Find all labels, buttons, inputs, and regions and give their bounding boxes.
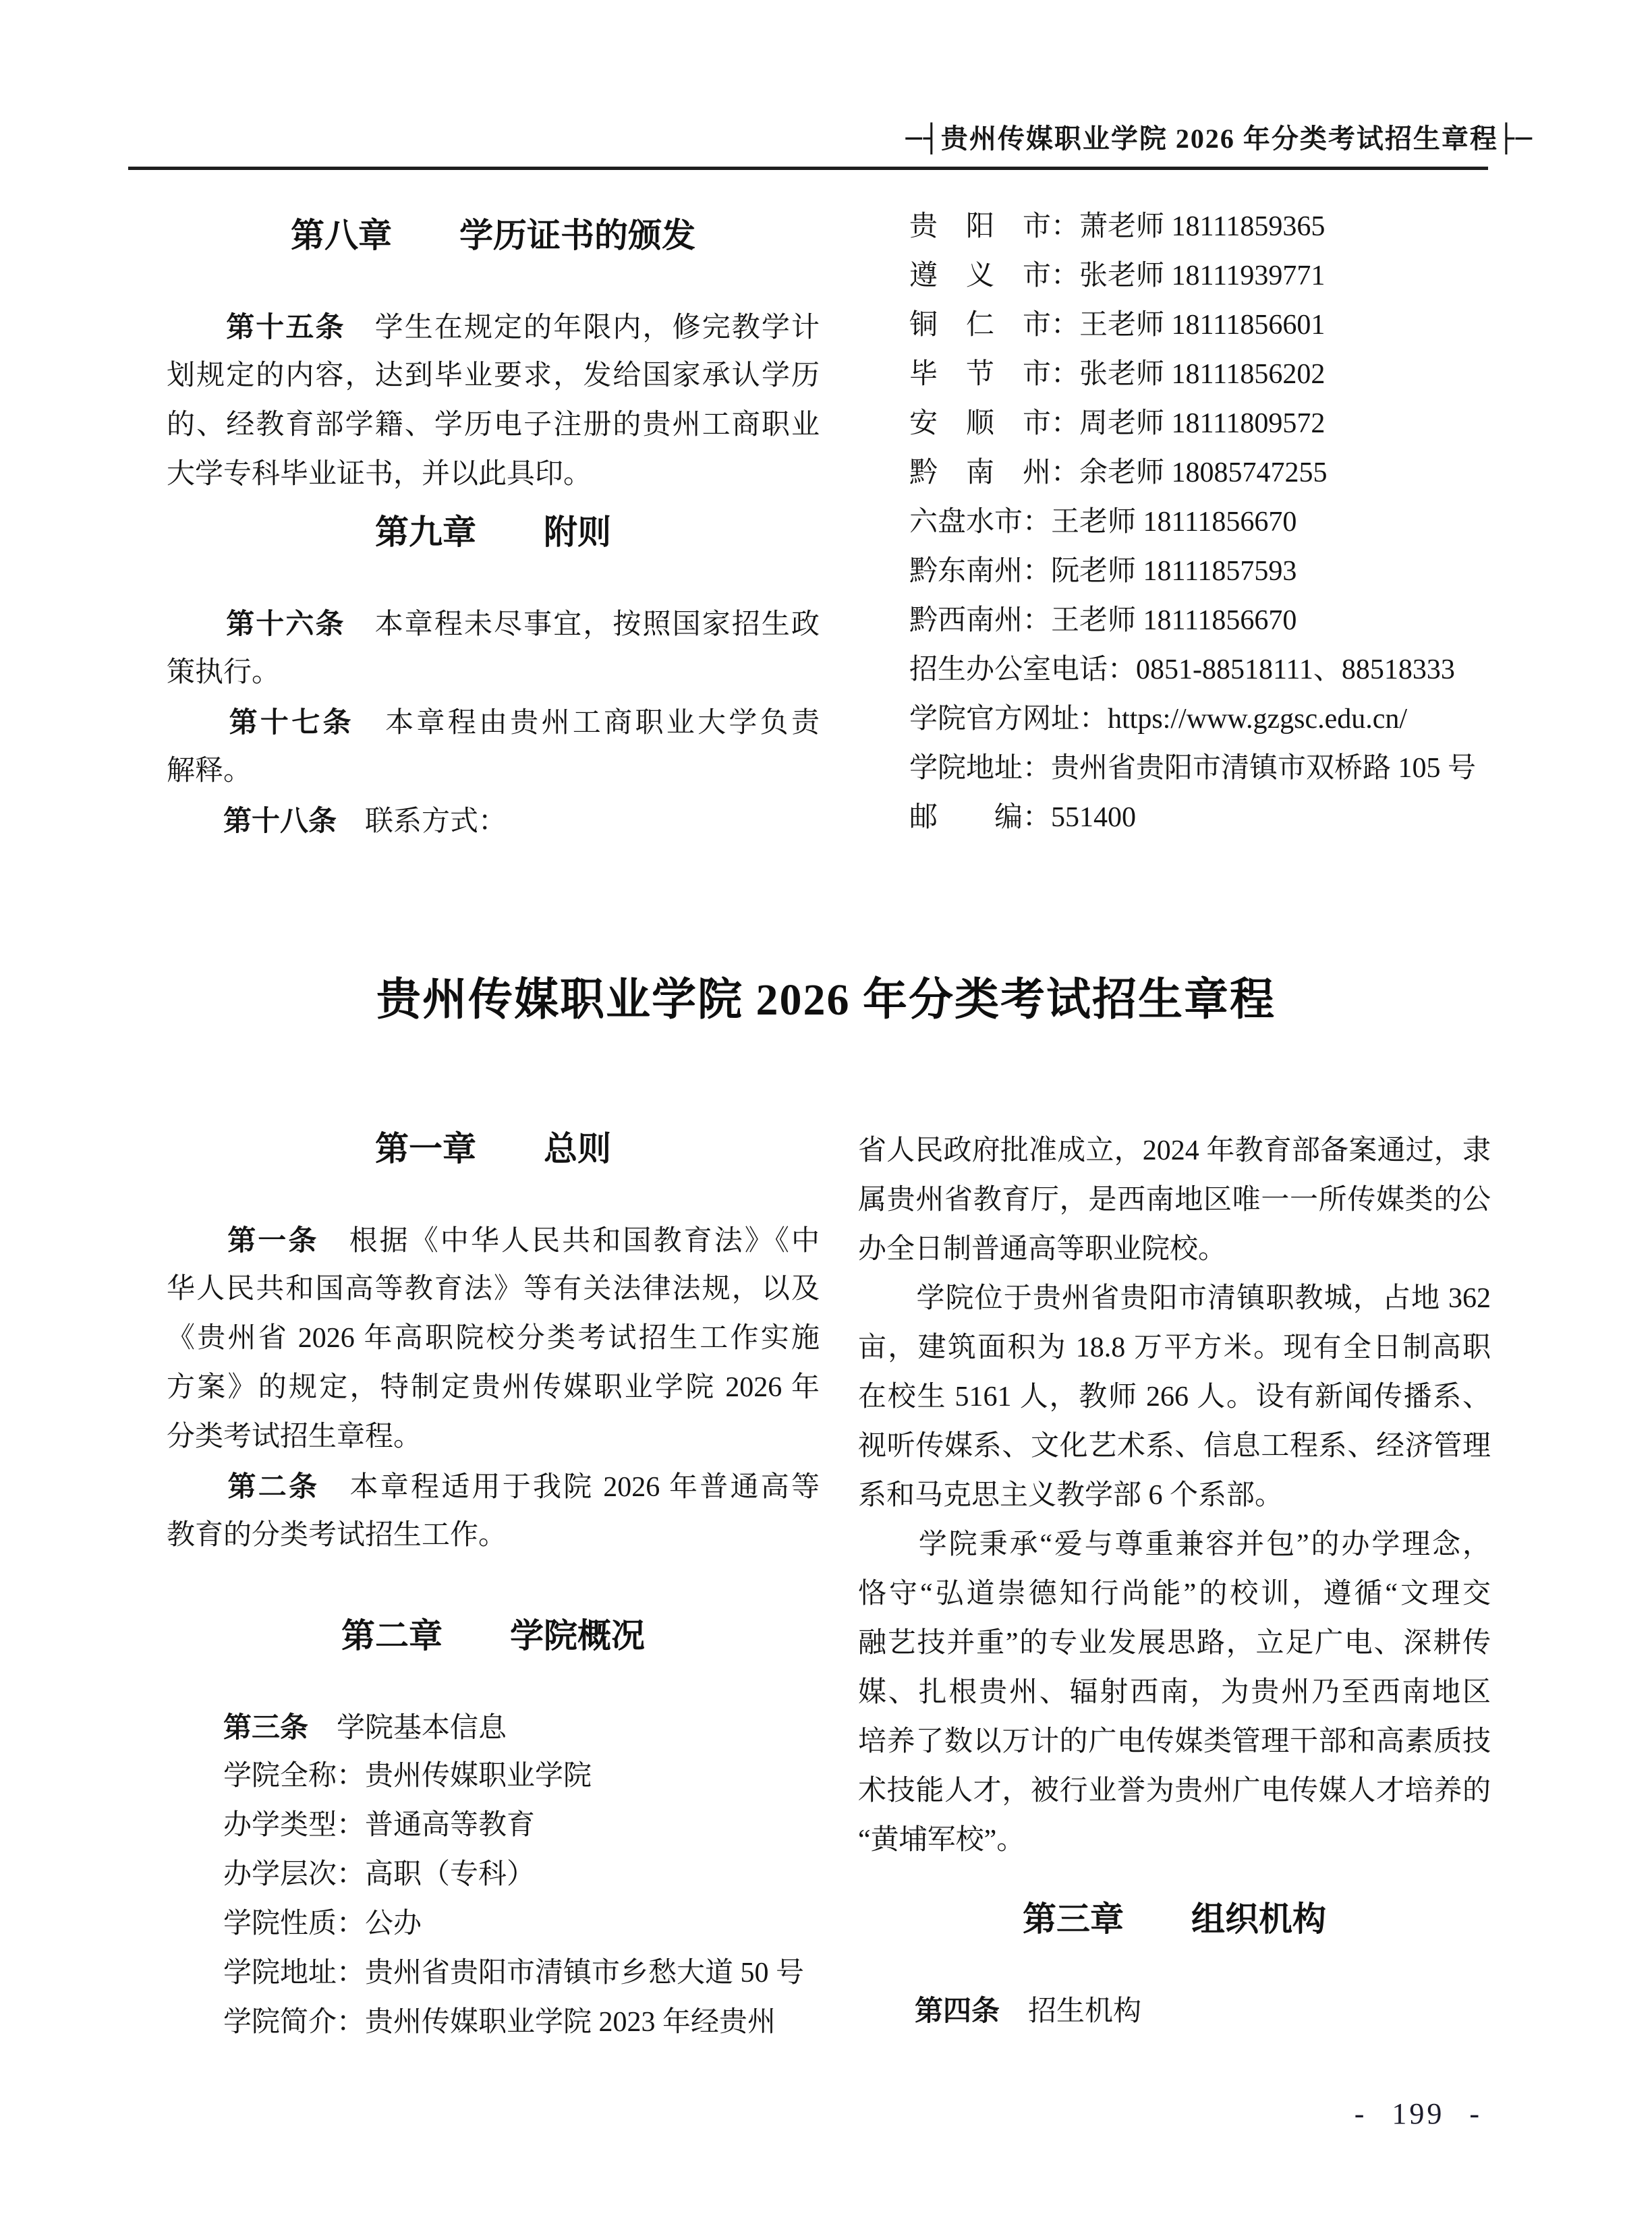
page-header: ─┤贵州传媒职业学院 2026 年分类考试招生章程├─ (906, 117, 1533, 156)
text-line: 学院简介：贵州传媒职业学院 2023 年经贵州 (167, 1998, 820, 2047)
article-label: 第十七条 (167, 706, 354, 738)
column-bottom-right: 省人民政府批准成立，2024 年教育部备案通过，隶属贵州省教育厅，是西南地区唯一… (858, 1126, 1491, 2035)
text-line: 第十六条 本章程未尽事宜，按照国家招生政 (167, 599, 820, 648)
line-list: 学院全称：贵州传媒职业学院 办学类型：普通高等教育 办学层次：高职（专科） 学院… (167, 1752, 820, 2047)
column-bottom-left: 第一章 总则 第一条 根据《中华人民共和国教育法》《中华人民共和国高等教育法》等… (167, 1120, 820, 2047)
header-decor-left-icon: ─┤ (906, 123, 941, 154)
text-line: 遵 义 市：张老师 18111939771 (909, 252, 1491, 301)
paragraph: 第四条 招生机构 (858, 1986, 1491, 2035)
text-line: 黔 南 州：余老师 18085747255 (909, 449, 1491, 498)
text-line: 毕 节 市：张老师 18111856202 (909, 350, 1491, 399)
text-line: 办学类型：普通高等教育 (167, 1801, 820, 1850)
chapter-heading: 第九章 附则 (167, 509, 820, 556)
text-line: 学院位于贵州省贵阳市清镇职教城，占地 362 (858, 1274, 1491, 1323)
text-line: 贵 阳 市：萧老师 18111859365 (909, 202, 1491, 252)
text-line: 办学层次：高职（专科） (167, 1850, 820, 1900)
text-line: 学院全称：贵州传媒职业学院 (167, 1752, 820, 1801)
paragraph: 学院秉承“爱与尊重兼容并包”的办学理念，恪守“弘道崇德知行尚能”的校训，遵循“文… (858, 1520, 1491, 1865)
chapter-heading: 第一章 总则 (167, 1125, 820, 1172)
text-line: 铜 仁 市：王老师 18111856601 (909, 301, 1491, 350)
text-line: 恪守“弘道崇德知行尚能”的校训，遵循“文理交 (858, 1570, 1491, 1619)
text-line: 第三条 学院基本信息 (167, 1703, 820, 1752)
column-top-left: 第八章 学历证书的颁发 第十五条 学生在规定的年限内，修完教学计划规定的内容，达… (167, 202, 820, 845)
text-line: 黔西南州：王老师 18111856670 (909, 596, 1491, 646)
paragraph: 第十六条 本章程未尽事宜，按照国家招生政策执行。 (167, 599, 820, 697)
text-line: 华人民共和国高等教育法》等有关法律法规，以及 (167, 1265, 820, 1314)
text-line: 视听传媒系、文化艺术系、信息工程系、经济管理 (858, 1422, 1491, 1471)
text-line: 大学专科毕业证书，并以此具印。 (167, 450, 820, 499)
text-line: 第四条 招生机构 (858, 1986, 1491, 2035)
article-label: 第十五条 (167, 311, 345, 343)
text-line: 六盘水市：王老师 18111856670 (909, 498, 1491, 547)
text-line: 学院地址：贵州省贵阳市清镇市乡愁大道 50 号 (167, 1949, 820, 1998)
page-number: - 199 - (1355, 2096, 1482, 2131)
header-rule (128, 167, 1488, 170)
text-line: 教育的分类考试招生工作。 (167, 1511, 820, 1560)
text-line: 在校生 5161 人，教师 266 人。设有新闻传播系、 (858, 1373, 1491, 1422)
text-line: 第十五条 学生在规定的年限内，修完教学计 (167, 302, 820, 351)
article-label: 第四条 (858, 1995, 1000, 2026)
text-line: 分类考试招生章程。 (167, 1412, 820, 1462)
text-line: 邮 编：551400 (909, 793, 1491, 843)
text-line: 属贵州省教育厅，是西南地区唯一一所传媒类的公 (858, 1176, 1491, 1225)
paragraph: 学院位于贵州省贵阳市清镇职教城，占地 362亩，建筑面积为 18.8 万平方米。… (858, 1274, 1491, 1520)
text-line: 《贵州省 2026 年高职院校分类考试招生工作实施 (167, 1314, 820, 1363)
text-line: 学院官方网址：https://www.gzgsc.edu.cn/ (909, 695, 1491, 744)
text-line: 亩，建筑面积为 18.8 万平方米。现有全日制高职 (858, 1323, 1491, 1373)
main-title: 贵州传媒职业学院 2026 年分类考试招生章程 (0, 963, 1652, 1027)
text-line: 融艺技并重”的专业发展思路，立足广电、深耕传 (858, 1619, 1491, 1668)
text-line: 学院地址：贵州省贵阳市清镇市双桥路 105 号 (909, 744, 1491, 793)
text-line: 安 顺 市：周老师 18111809572 (909, 399, 1491, 449)
header-decor-right-icon: ├─ (1498, 123, 1533, 154)
paragraph: 第一条 根据《中华人民共和国教育法》《中华人民共和国高等教育法》等有关法律法规，… (167, 1216, 820, 1462)
text-line: 划规定的内容，达到毕业要求，发给国家承认学历 (167, 351, 820, 401)
running-title: 贵州传媒职业学院 2026 年分类考试招生章程 (941, 123, 1498, 154)
article-label: 第十八条 (167, 805, 337, 836)
text-line: 第十八条 联系方式： (167, 796, 820, 845)
text-line: 黔东南州：阮老师 18111857593 (909, 547, 1491, 596)
article-label: 第二条 (167, 1471, 319, 1502)
paragraph: 第十七条 本章程由贵州工商职业大学负责解释。 (167, 697, 820, 796)
text-line: 的、经教育部学籍、学历电子注册的贵州工商职业 (167, 401, 820, 450)
paragraph: 第十五条 学生在规定的年限内，修完教学计划规定的内容，达到毕业要求，发给国家承认… (167, 302, 820, 499)
article-label: 第十六条 (167, 608, 345, 639)
text-line: 第一条 根据《中华人民共和国教育法》《中 (167, 1216, 820, 1265)
paragraph: 第三条 学院基本信息 (167, 1703, 820, 1752)
paragraph: 第二条 本章程适用于我院 2026 年普通高等教育的分类考试招生工作。 (167, 1462, 820, 1560)
column-top-right: 贵 阳 市：萧老师 18111859365遵 义 市：张老师 181119397… (909, 202, 1491, 843)
document-page: ─┤贵州传媒职业学院 2026 年分类考试招生章程├─ 第八章 学历证书的颁发 … (0, 0, 1652, 2226)
text-line: 招生办公室电话：0851-88518111、88518333 (909, 646, 1491, 695)
article-label: 第三条 (167, 1711, 308, 1743)
paragraph: 省人民政府批准成立，2024 年教育部备案通过，隶属贵州省教育厅，是西南地区唯一… (858, 1126, 1491, 1274)
text-line: 培养了数以万计的广电传媒类管理干部和高素质技 (858, 1717, 1491, 1767)
text-line: 媒、扎根贵州、辐射西南，为贵州乃至西南地区 (858, 1668, 1491, 1717)
text-line: 办全日制普通高等职业院校。 (858, 1225, 1491, 1274)
chapter-heading: 第二章 学院概况 (167, 1612, 820, 1659)
text-line: 学院秉承“爱与尊重兼容并包”的办学理念， (858, 1520, 1491, 1570)
text-line: 策执行。 (167, 648, 820, 697)
text-line: 第十七条 本章程由贵州工商职业大学负责 (167, 697, 820, 747)
text-line: 方案》的规定，特制定贵州传媒职业学院 2026 年 (167, 1363, 820, 1412)
text-line: 系和马克思主义教学部 6 个系部。 (858, 1471, 1491, 1520)
text-line: 学院性质：公办 (167, 1900, 820, 1949)
text-line: 省人民政府批准成立，2024 年教育部备案通过，隶 (858, 1126, 1491, 1176)
line-list: 贵 阳 市：萧老师 18111859365遵 义 市：张老师 181119397… (909, 202, 1491, 843)
chapter-heading: 第三章 组织机构 (858, 1895, 1491, 1943)
chapter-heading: 第八章 学历证书的颁发 (167, 212, 820, 259)
text-line: 术技能人才，被行业誉为贵州广电传媒人才培养的 (858, 1767, 1491, 1816)
text-line: 解释。 (167, 747, 820, 796)
text-line: 第二条 本章程适用于我院 2026 年普通高等 (167, 1462, 820, 1511)
article-label: 第一条 (167, 1224, 318, 1256)
paragraph: 第十八条 联系方式： (167, 796, 820, 845)
text-line: “黄埔军校”。 (858, 1816, 1491, 1865)
